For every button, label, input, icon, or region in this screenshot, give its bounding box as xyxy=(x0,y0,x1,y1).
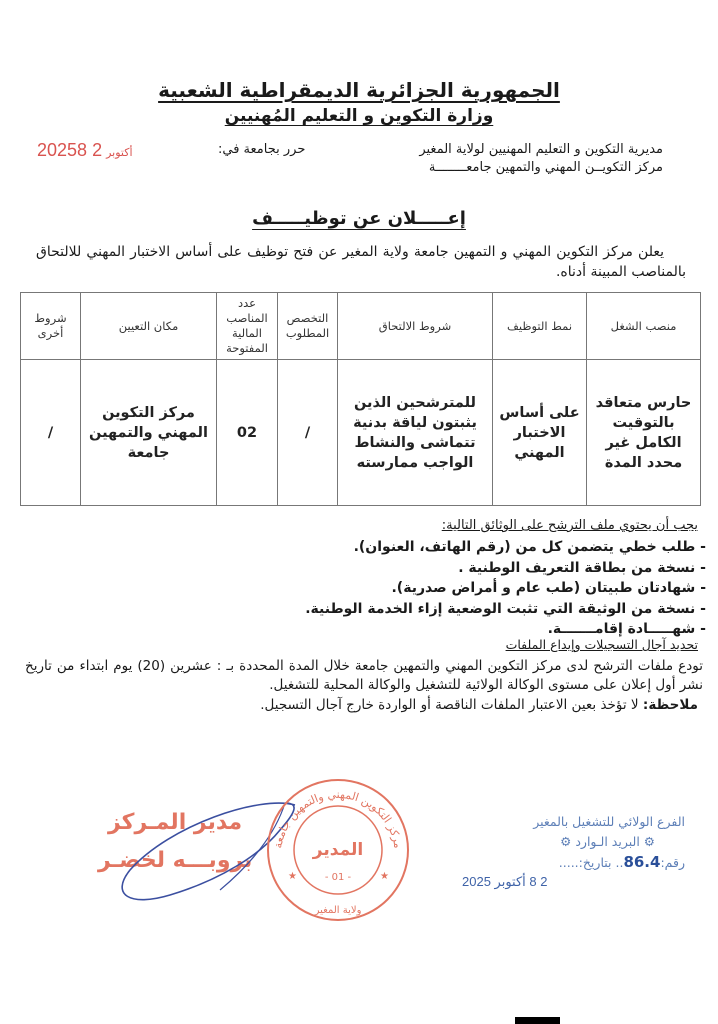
cell-other-conditions: / xyxy=(21,360,81,506)
ministry-text: وزارة التكوين و التعليم المُهنيين xyxy=(225,106,494,126)
republic-header: الجمهورية الجزائرية الديمقراطية الشعبية xyxy=(0,78,718,102)
positions-table: منصب الشغل نمط التوظيف شروط الالتحاق الت… xyxy=(20,292,701,506)
note: ملاحظة: لا تؤخذ بعين الاعتبار الملفات ال… xyxy=(260,697,698,713)
svg-text:★: ★ xyxy=(380,871,389,882)
announcement-title: إعـــــلان عن توظيـــــف xyxy=(0,208,718,229)
written-at-label: حرر بجامعة في: xyxy=(218,142,305,157)
list-item: - نسخة من الوثيقة التي تثبت الوضعية إزاء… xyxy=(305,599,706,620)
svg-text:ولاية المغير: ولاية المغير xyxy=(314,905,362,916)
header-conditions: شروط الالتحاق xyxy=(338,293,493,360)
documents-heading: يجب أن يحتوي ملف الترشح على الوثائق التا… xyxy=(442,518,698,533)
note-label: ملاحظة: xyxy=(643,697,698,713)
list-item: - شهادتان طبيتان (طب عام و أمراض صدرية). xyxy=(305,578,706,599)
date-stamp: 2025أكتوبر2 8 xyxy=(37,140,137,161)
scan-artifact xyxy=(515,1017,560,1024)
directorate-name: مديرية التكوين و التعليم المهنيين لولاية… xyxy=(419,142,663,157)
stamp-ref-number: 86.4 xyxy=(623,853,660,871)
cell-location: مركز التكوين المهني والتمهين جامعة xyxy=(81,360,217,506)
stamp-date: 2 8 أكتوبر 2025 xyxy=(462,874,547,890)
table-row: حارس متعاقد بالتوقيت الكامل غير محدد الم… xyxy=(21,360,701,506)
deadline-body: تودع ملفات الترشح لدى مركز التكوين المهن… xyxy=(25,657,703,695)
stamp-ref-label: رقم: xyxy=(660,855,685,870)
stamp-date-label: بتاريخ: xyxy=(579,855,612,870)
list-item: - طلب خطي يتضمن كل من (رقم الهاتف، العنو… xyxy=(305,537,706,558)
title-text: إعـــــلان عن توظيـــــف xyxy=(252,208,466,229)
cell-job-title: حارس متعاقد بالتوقيت الكامل غير محدد الم… xyxy=(587,360,701,506)
date-year: 2025 xyxy=(37,140,77,160)
date-day: 2 8 xyxy=(77,140,102,160)
center-name: مركز التكويــن المهني والتمهين جامعـــــ… xyxy=(429,160,663,175)
republic-text: الجمهورية الجزائرية الديمقراطية الشعبية xyxy=(158,78,560,102)
ministry-header: وزارة التكوين و التعليم المُهنيين xyxy=(0,106,718,126)
date-month: أكتوبر xyxy=(106,147,132,159)
stamp-incoming-mail: ⚙ البريد الـوارد ⚙ xyxy=(445,832,685,852)
official-seal-icon: مركز التكوين المهني والتمهين جامعة المدي… xyxy=(263,775,413,925)
stamp-agency-name: الفرع الولائي للتشغيل بالمغير xyxy=(445,812,685,832)
svg-text:★: ★ xyxy=(288,871,297,882)
header-job-title: منصب الشغل xyxy=(587,293,701,360)
stamp-incoming-text: البريد الـوارد xyxy=(575,834,639,849)
cell-recruitment-mode: على أساس الاختبار المهني xyxy=(493,360,587,506)
documents-list: - طلب خطي يتضمن كل من (رقم الهاتف، العنو… xyxy=(305,537,706,640)
intro-text: يعلن مركز التكوين المهني و التمهين جامعة… xyxy=(36,244,686,280)
header-recruitment-mode: نمط التوظيف xyxy=(493,293,587,360)
table-header-row: منصب الشغل نمط التوظيف شروط الالتحاق الت… xyxy=(21,293,701,360)
header-specialty: التخصص المطلوب xyxy=(278,293,338,360)
list-item: - نسخة من بطاقة التعريف الوطنية . xyxy=(305,558,706,579)
intro-paragraph: يعلن مركز التكوين المهني و التمهين جامعة… xyxy=(36,242,686,282)
note-text: لا تؤخذ بعين الاعتبار الملفات الناقصة أو… xyxy=(260,697,643,713)
svg-text:المدير: المدير xyxy=(312,840,363,860)
svg-text:- 01 -: - 01 - xyxy=(325,872,352,883)
header-location: مكان التعيين xyxy=(81,293,217,360)
cell-positions-count: 02 xyxy=(217,360,278,506)
cell-specialty: / xyxy=(278,360,338,506)
header-positions-count: عدد المناصب المالية المفتوحة xyxy=(217,293,278,360)
deadline-heading: تحديد آجال التسجيلات وإيداع الملفات xyxy=(506,637,698,652)
header-other-conditions: شروط أخرى xyxy=(21,293,81,360)
stamp-reference: رقم:86.4.. بتاريخ:..... xyxy=(445,852,685,873)
employment-agency-stamp: الفرع الولائي للتشغيل بالمغير ⚙ البريد ا… xyxy=(445,812,685,873)
cell-conditions: للمترشحين الذين يثبتون لياقة بدنية تتماش… xyxy=(338,360,493,506)
